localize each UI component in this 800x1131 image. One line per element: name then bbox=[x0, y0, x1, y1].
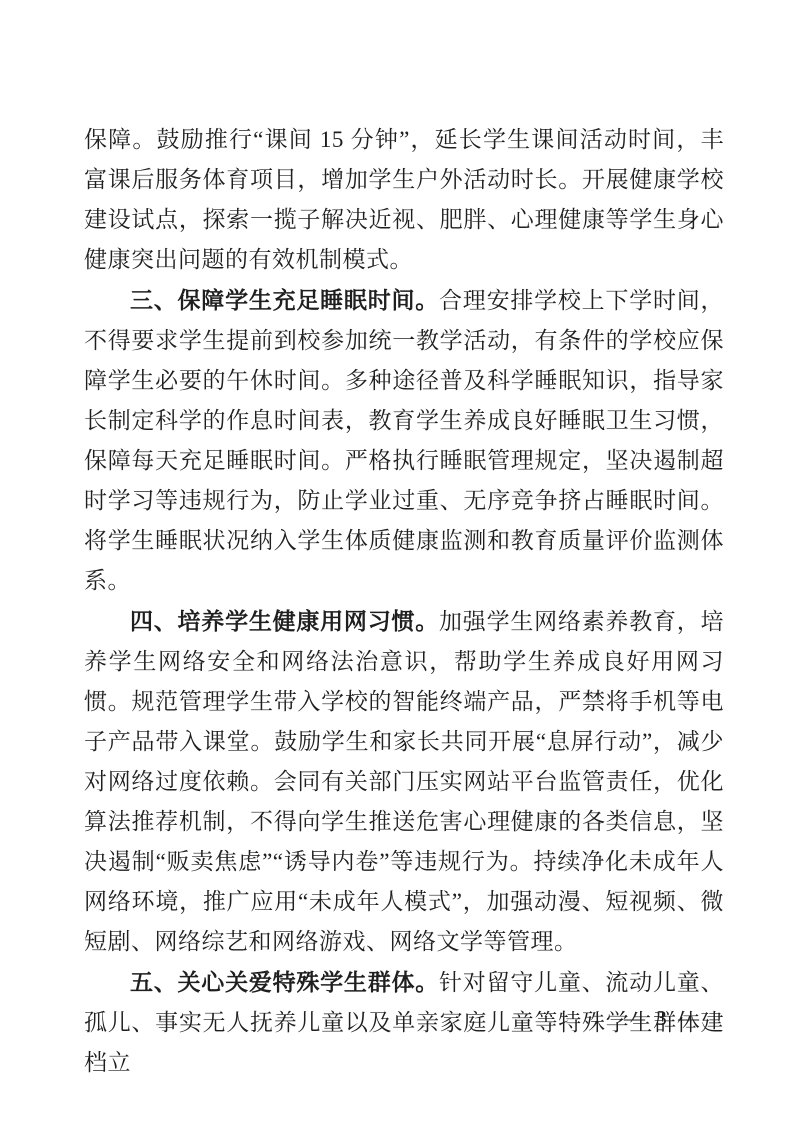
paragraph-text: 加强学生网络素养教育，培养学生网络安全和网络法治意识，帮助学生养成良好用网习惯。… bbox=[84, 609, 724, 954]
section-four-heading: 四、培养学生健康用网习惯。 bbox=[130, 608, 439, 634]
paragraph-text: 保障。鼓励推行“课间 15 分钟”，延长学生课间活动时间，丰富课后服务体育项目，… bbox=[84, 127, 724, 272]
paragraph-text: 合理安排学校上下学时间，不得要求学生提前到校参加统一教学活动，有条件的学校应保障… bbox=[84, 288, 724, 593]
paragraph-section-three: 三、保障学生充足睡眠时间。合理安排学校上下学时间，不得要求学生提前到校参加统一教… bbox=[84, 280, 724, 601]
section-five-heading: 五、关心关爱特殊学生群体。 bbox=[130, 969, 439, 995]
paragraph-section-four: 四、培养学生健康用网习惯。加强学生网络素养教育，培养学生网络安全和网络法治意识，… bbox=[84, 601, 724, 962]
section-three-heading: 三、保障学生充足睡眠时间。 bbox=[130, 287, 439, 313]
page-number: — 3 — bbox=[0, 1006, 800, 1031]
paragraph-continuation: 保障。鼓励推行“课间 15 分钟”，延长学生课间活动时间，丰富课后服务体育项目，… bbox=[84, 120, 724, 280]
document-body: 保障。鼓励推行“课间 15 分钟”，延长学生课间活动时间，丰富课后服务体育项目，… bbox=[84, 120, 724, 1083]
document-page: 保障。鼓励推行“课间 15 分钟”，延长学生课间活动时间，丰富课后服务体育项目，… bbox=[0, 0, 800, 1131]
